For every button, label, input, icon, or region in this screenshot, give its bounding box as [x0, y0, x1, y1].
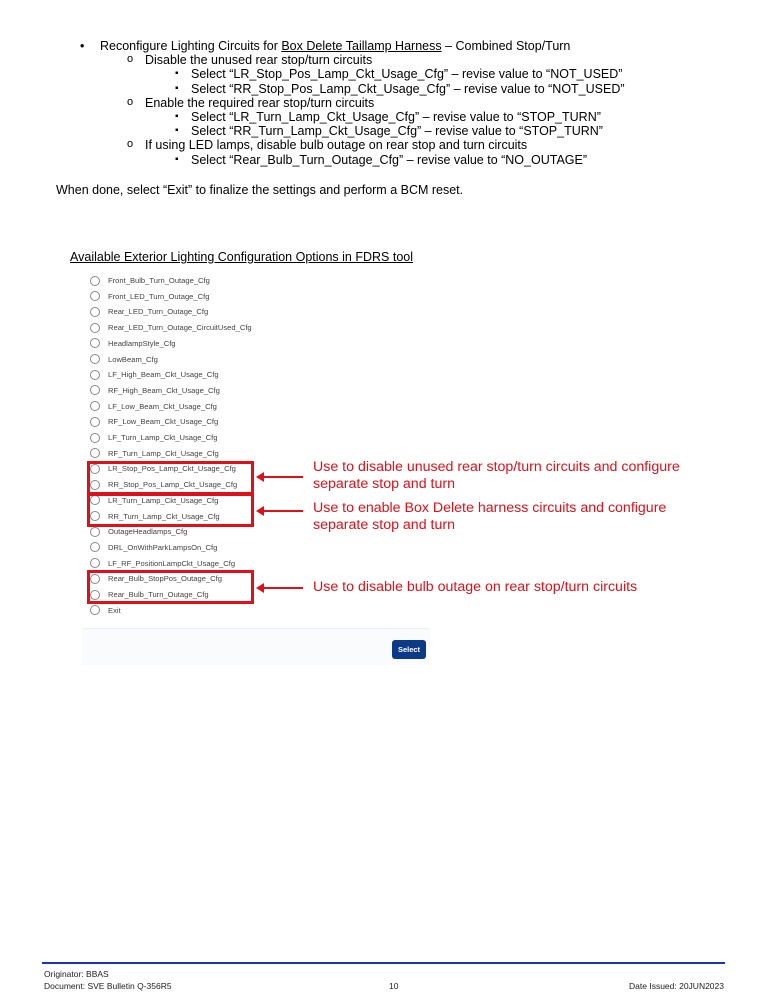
fdrs-option-label: OutageHeadlamps_Cfg [108, 527, 187, 536]
fdrs-option-label: LowBeam_Cfg [108, 355, 158, 364]
annotation-bulb-outage: Use to disable bulb outage on rear stop/… [313, 579, 693, 596]
circle-bullet-icon: o [127, 52, 133, 66]
fdrs-option-label: RF_Turn_Lamp_Ckt_Usage_Cfg [108, 449, 219, 458]
radio-button[interactable] [90, 527, 100, 537]
fdrs-option[interactable]: LF_Low_Beam_Ckt_Usage_Cfg [90, 399, 217, 414]
fdrs-option-label: RF_Low_Beam_Ckt_Usage_Cfg [108, 417, 218, 426]
annotation-turn: Use to enable Box Delete harness circuit… [313, 500, 673, 534]
radio-button[interactable] [90, 370, 100, 380]
instructions: • Reconfigure Lighting Circuits for Box … [80, 39, 720, 167]
fdrs-option[interactable]: RF_Low_Beam_Ckt_Usage_Cfg [90, 414, 218, 429]
fdrs-option[interactable]: Front_LED_Turn_Outage_Cfg [90, 289, 209, 304]
fdrs-option[interactable]: LF_High_Beam_Ckt_Usage_Cfg [90, 367, 219, 382]
square-bullet-icon: ▪ [175, 67, 179, 81]
radio-button[interactable] [90, 338, 100, 348]
radio-button[interactable] [90, 276, 100, 286]
section-heading: Available Exterior Lighting Configuratio… [70, 250, 413, 264]
highlight-box-turn [87, 493, 254, 527]
fdrs-option[interactable]: Rear_LED_Turn_Outage_Cfg [90, 304, 208, 319]
square-bullet-icon: ▪ [175, 124, 179, 138]
footer-date-issued: Date Issued: 20JUN2023 [629, 981, 724, 991]
fdrs-option[interactable]: LF_Turn_Lamp_Ckt_Usage_Cfg [90, 430, 217, 445]
fdrs-option-label: Front_Bulb_Turn_Outage_Cfg [108, 276, 210, 285]
step-item: ▪ Select “LR_Stop_Pos_Lamp_Ckt_Usage_Cfg… [80, 67, 720, 81]
group-label: o If using LED lamps, disable bulb outag… [80, 138, 720, 152]
main-bullet: • Reconfigure Lighting Circuits for Box … [80, 39, 720, 53]
radio-button[interactable] [90, 417, 100, 427]
fdrs-option-label: Front_LED_Turn_Outage_Cfg [108, 292, 209, 301]
radio-button[interactable] [90, 542, 100, 552]
fdrs-option-label: LF_Turn_Lamp_Ckt_Usage_Cfg [108, 433, 217, 442]
radio-button[interactable] [90, 605, 100, 615]
circle-bullet-icon: o [127, 95, 133, 109]
radio-button[interactable] [90, 291, 100, 301]
main-bullet-prefix: Reconfigure Lighting Circuits for [100, 39, 281, 53]
step-item: ▪ Select “RR_Turn_Lamp_Ckt_Usage_Cfg” – … [80, 124, 720, 138]
fdrs-option[interactable]: Exit [90, 603, 121, 618]
footer-page-number: 10 [389, 981, 398, 991]
bullet-icon: • [80, 39, 84, 53]
fdrs-option-label: Rear_LED_Turn_Outage_CircuitUsed_Cfg [108, 323, 252, 332]
fdrs-option[interactable]: LowBeam_Cfg [90, 352, 158, 367]
step-item: ▪ Select “Rear_Bulb_Turn_Outage_Cfg” – r… [80, 153, 720, 167]
circle-bullet-icon: o [127, 137, 133, 151]
radio-button[interactable] [90, 354, 100, 364]
radio-button[interactable] [90, 558, 100, 568]
step-item: ▪ Select “RR_Stop_Pos_Lamp_Ckt_Usage_Cfg… [80, 82, 720, 96]
arrow-left-icon [262, 476, 303, 478]
when-done-note: When done, select “Exit” to finalize the… [56, 183, 463, 197]
annotation-stop-pos: Use to disable unused rear stop/turn cir… [313, 459, 683, 493]
fdrs-option-label: DRL_OnWithParkLampsOn_Cfg [108, 543, 217, 552]
select-button[interactable]: Select [392, 640, 426, 659]
fdrs-option[interactable]: LF_RF_PositionLampCkt_Usage_Cfg [90, 556, 235, 571]
fdrs-option-label: LF_Low_Beam_Ckt_Usage_Cfg [108, 402, 217, 411]
radio-button[interactable] [90, 401, 100, 411]
fdrs-option[interactable]: RF_High_Beam_Ckt_Usage_Cfg [90, 383, 220, 398]
fdrs-option-label: HeadlampStyle_Cfg [108, 339, 176, 348]
arrow-left-icon [262, 510, 303, 512]
footer-originator: Originator: BBAS [44, 969, 109, 979]
arrow-left-icon [262, 587, 303, 589]
fdrs-option[interactable]: Front_Bulb_Turn_Outage_Cfg [90, 273, 210, 288]
radio-button[interactable] [90, 433, 100, 443]
fdrs-option-label: LF_RF_PositionLampCkt_Usage_Cfg [108, 559, 235, 568]
highlight-box-bulb-outage [87, 570, 254, 604]
group-label: o Enable the required rear stop/turn cir… [80, 96, 720, 110]
highlight-box-stop-pos [87, 461, 254, 495]
fdrs-option-label: Exit [108, 606, 121, 615]
fdrs-option[interactable]: HeadlampStyle_Cfg [90, 336, 176, 351]
step-item: ▪ Select “LR_Turn_Lamp_Ckt_Usage_Cfg” – … [80, 110, 720, 124]
main-bullet-suffix: – Combined Stop/Turn [442, 39, 571, 53]
group-label: o Disable the unused rear stop/turn circ… [80, 53, 720, 67]
fdrs-option-label: Rear_LED_Turn_Outage_Cfg [108, 307, 208, 316]
square-bullet-icon: ▪ [175, 153, 179, 167]
square-bullet-icon: ▪ [175, 110, 179, 124]
radio-button[interactable] [90, 323, 100, 333]
radio-button[interactable] [90, 307, 100, 317]
fdrs-option[interactable]: Rear_LED_Turn_Outage_CircuitUsed_Cfg [90, 320, 252, 335]
footer-document: Document: SVE Bulletin Q-356R5 [44, 981, 172, 991]
radio-button[interactable] [90, 448, 100, 458]
fdrs-option-label: LF_High_Beam_Ckt_Usage_Cfg [108, 370, 219, 379]
panel-footer: Select [82, 629, 430, 665]
fdrs-option[interactable]: RF_Turn_Lamp_Ckt_Usage_Cfg [90, 446, 219, 461]
square-bullet-icon: ▪ [175, 82, 179, 96]
fdrs-option[interactable]: DRL_OnWithParkLampsOn_Cfg [90, 540, 217, 555]
footer-rule [42, 962, 725, 964]
radio-button[interactable] [90, 385, 100, 395]
harness-link: Box Delete Taillamp Harness [281, 39, 441, 53]
fdrs-option-label: RF_High_Beam_Ckt_Usage_Cfg [108, 386, 220, 395]
